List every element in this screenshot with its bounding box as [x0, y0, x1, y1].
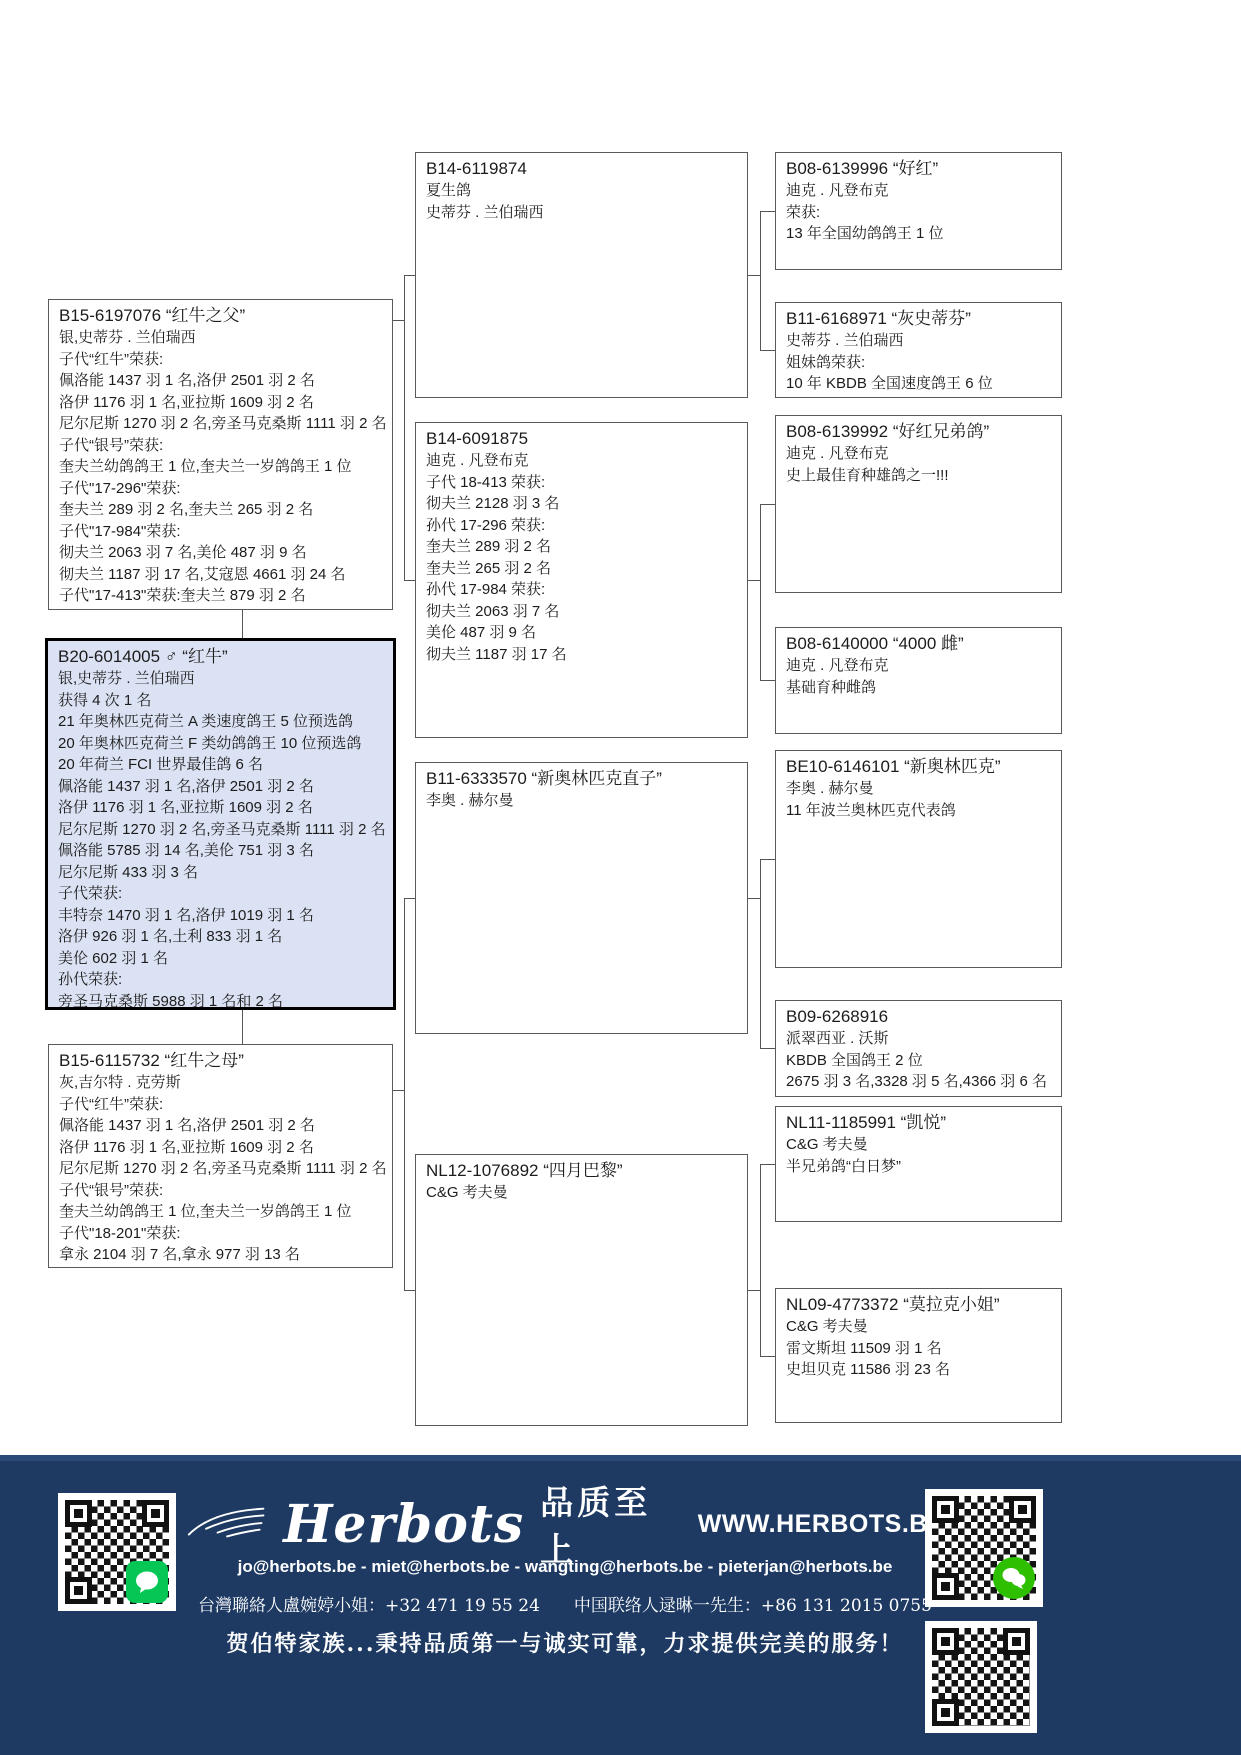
pedigree-line: 荣获: [786, 202, 1052, 224]
pedigree-line: 旁圣马克桑斯 5988 羽 1 名和 2 名 [58, 991, 384, 1011]
connector-line [760, 1164, 761, 1356]
pedigree-line: 基础育种雌鸽 [786, 677, 1052, 699]
pigeon-id-title: B09-6268916 [786, 1006, 1052, 1028]
pedigree-line: 迪克 . 凡登布克 [426, 450, 738, 472]
pedigree-line: 20 年奥林匹克荷兰 F 类幼鸽鸽王 10 位预选鸽 [58, 733, 384, 755]
connector-line [760, 859, 761, 1048]
pedigree-line: 尼尔尼斯 1270 羽 2 名,旁圣马克桑斯 1111 羽 2 名 [59, 1158, 383, 1180]
pigeon-id-title: BE10-6146101 “新奥林匹克” [786, 756, 1052, 778]
qr-code-left [58, 1493, 176, 1611]
pigeon-id-title: B11-6168971 “灰史蒂芬” [786, 308, 1052, 330]
pedigree-line: 子代荣获: [58, 883, 384, 905]
box-great-grandparent-5: BE10-6146101 “新奥林匹克” 李奥 . 赫尔曼11 年波兰奥林匹克代… [775, 750, 1062, 968]
pedigree-line: 拿永 2104 羽 7 名,拿永 977 羽 13 名 [59, 1244, 383, 1266]
pedigree-line: 子代“红牛”荣获: [59, 1094, 383, 1116]
qr-finder-icon [1003, 1628, 1030, 1655]
qr-code-right-top [925, 1489, 1043, 1607]
pedigree-line: 子代"17-413"荣获:奎夫兰 879 羽 2 名 [59, 585, 383, 607]
pedigree-line: 姐妹鸽荣获: [786, 352, 1052, 374]
box-maternal-grandmother: NL12-1076892 “四月巴黎” C&G 考夫曼 [415, 1154, 748, 1426]
connector-line [760, 1356, 775, 1357]
box-great-grandparent-8: NL09-4773372 “莫拉克小姐” C&G 考夫曼雷文斯坦 11509 羽… [775, 1288, 1062, 1423]
pigeon-id-title: B20-6014005 ♂ “红牛” [58, 646, 384, 668]
pedigree-line: 子代"17-984"荣获: [59, 521, 383, 543]
qr-finder-icon [1009, 1496, 1036, 1523]
pedigree-line: 银,史蒂芬 . 兰伯瑞西 [58, 668, 384, 690]
pedigree-line: 孙代 17-296 荣获: [426, 515, 738, 537]
connector-line [760, 859, 775, 860]
connector-line [242, 610, 243, 641]
pedigree-line: C&G 考夫曼 [786, 1134, 1052, 1156]
pigeon-id-title: B14-6119874 [426, 158, 738, 180]
pigeon-id-title: B14-6091875 [426, 428, 738, 450]
wechat-icon [993, 1557, 1035, 1599]
connector-line [760, 1164, 775, 1165]
pedigree-line: 夏生鸽 [426, 180, 738, 202]
pigeon-id-title: B08-6140000 “4000 雌” [786, 633, 1052, 655]
connector-line [404, 898, 405, 1290]
pigeon-details: C&G 考夫曼雷文斯坦 11509 羽 1 名史坦贝克 11586 羽 23 名 [786, 1316, 1052, 1381]
pigeon-details: 银,史蒂芬 . 兰伯瑞西子代“红牛”荣获:佩洛能 1437 羽 1 名,洛伊 2… [59, 327, 383, 607]
box-great-grandparent-2: B11-6168971 “灰史蒂芬” 史蒂芬 . 兰伯瑞西姐妹鸽荣获:10 年 … [775, 302, 1062, 398]
pedigree-line: 丰特奈 1470 羽 1 名,洛伊 1019 羽 1 名 [58, 905, 384, 927]
connector-line [760, 1048, 775, 1049]
pedigree-line: 佩洛能 1437 羽 1 名,洛伊 2501 羽 2 名 [59, 370, 383, 392]
pedigree-line: 子代"18-201"荣获: [59, 1223, 383, 1245]
pigeon-id-title: B08-6139996 “好红” [786, 158, 1052, 180]
connector-line [404, 275, 415, 276]
pigeon-id-title: B15-6197076 “红牛之父” [59, 305, 383, 327]
pigeon-details: 银,史蒂芬 . 兰伯瑞西获得 4 次 1 名21 年奥林匹克荷兰 A 类速度鸽王… [58, 668, 384, 1010]
pedigree-line: 奎夫兰 289 羽 2 名,奎夫兰 265 羽 2 名 [59, 499, 383, 521]
footer-banner: Herbots 品质至上 WWW.HERBOTS.BE jo@herbots.b… [0, 1455, 1241, 1755]
pedigree-line: 奎夫兰幼鸽鸽王 1 位,奎夫兰一岁鸽鸽王 1 位 [59, 1201, 383, 1223]
box-great-grandparent-7: NL11-1185991 “凯悦” C&G 考夫曼半兄弟鸽“白日梦” [775, 1106, 1062, 1222]
connector-line [760, 680, 775, 681]
qr-finder-icon [932, 1699, 959, 1726]
pigeon-details: 史蒂芬 . 兰伯瑞西姐妹鸽荣获:10 年 KBDB 全国速度鸽王 6 位 [786, 330, 1052, 395]
pedigree-line: 子代“银号”荣获: [59, 435, 383, 457]
pedigree-line: 银,史蒂芬 . 兰伯瑞西 [59, 327, 383, 349]
qr-finder-icon [932, 1628, 959, 1655]
qr-finder-icon [65, 1577, 92, 1604]
pedigree-line: 10 年 KBDB 全国速度鸽王 6 位 [786, 373, 1052, 395]
footer-center-block: Herbots 品质至上 WWW.HERBOTS.BE jo@herbots.b… [185, 1461, 945, 1755]
pedigree-line: C&G 考夫曼 [786, 1316, 1052, 1338]
pedigree-line: 2675 羽 3 名,3328 羽 5 名,4366 羽 6 名 [786, 1071, 1052, 1093]
pedigree-line: 美伦 602 羽 1 名 [58, 948, 384, 970]
pedigree-line: 李奥 . 赫尔曼 [786, 778, 1052, 800]
pedigree-line: 彻夫兰 1187 羽 17 名 [426, 644, 738, 666]
connector-line [760, 211, 775, 212]
box-great-grandparent-1: B08-6139996 “好红” 迪克 . 凡登布克荣获:13 年全国幼鸽鸽王 … [775, 152, 1062, 270]
pedigree-line: 子代 18-413 荣获: [426, 472, 738, 494]
pedigree-line: 尼尔尼斯 1270 羽 2 名,旁圣马克桑斯 1111 羽 2 名 [59, 413, 383, 435]
pedigree-line: 迪克 . 凡登布克 [786, 655, 1052, 677]
qr-pattern [932, 1628, 1030, 1726]
pigeon-details: 李奥 . 赫尔曼11 年波兰奥林匹克代表鸽 [786, 778, 1052, 821]
connector-line [404, 1290, 415, 1291]
pedigree-line: 孙代荣获: [58, 969, 384, 991]
box-great-grandparent-4: B08-6140000 “4000 雌” 迪克 . 凡登布克基础育种雌鸽 [775, 627, 1062, 734]
pedigree-line: 李奥 . 赫尔曼 [426, 790, 738, 812]
pedigree-line: 子代"17-296"荣获: [59, 478, 383, 500]
box-paternal-grandmother: B14-6091875 迪克 . 凡登布克子代 18-413 荣获:彻夫兰 21… [415, 422, 748, 738]
pedigree-line: 获得 4 次 1 名 [58, 690, 384, 712]
pedigree-page: B15-6197076 “红牛之父” 银,史蒂芬 . 兰伯瑞西子代“红牛”荣获:… [0, 0, 1241, 1755]
pedigree-line: 奎夫兰 289 羽 2 名 [426, 536, 738, 558]
pedigree-line: 迪克 . 凡登布克 [786, 443, 1052, 465]
wing-flourish-icon [185, 1503, 267, 1545]
pigeon-details: C&G 考夫曼 [426, 1182, 738, 1204]
pedigree-line: 迪克 . 凡登布克 [786, 180, 1052, 202]
connector-line [760, 211, 761, 350]
connector-line [760, 350, 775, 351]
pedigree-line: 史蒂芬 . 兰伯瑞西 [426, 202, 738, 224]
connector-line [393, 1090, 404, 1091]
pedigree-line: 尼尔尼斯 1270 羽 2 名,旁圣马克桑斯 1111 羽 2 名 [58, 819, 384, 841]
qr-finder-icon [932, 1496, 959, 1523]
pedigree-line: 半兄弟鸽“白日梦” [786, 1156, 1052, 1178]
pigeon-details: 灰,吉尔特 . 克劳斯子代“红牛”荣获:佩洛能 1437 羽 1 名,洛伊 25… [59, 1072, 383, 1266]
box-subject: B20-6014005 ♂ “红牛” 银,史蒂芬 . 兰伯瑞西获得 4 次 1 … [45, 638, 396, 1010]
pedigree-line: 洛伊 1176 羽 1 名,亚拉斯 1609 羽 2 名 [58, 797, 384, 819]
pedigree-line: KBDB 全国鸽王 2 位 [786, 1050, 1052, 1072]
pedigree-line: 史坦贝克 11586 羽 23 名 [786, 1359, 1052, 1381]
pigeon-details: 迪克 . 凡登布克子代 18-413 荣获:彻夫兰 2128 羽 3 名孙代 1… [426, 450, 738, 665]
pedigree-line: 派翠西亚 . 沃斯 [786, 1028, 1052, 1050]
box-maternal-grandfather: B11-6333570 “新奥林匹克直子” 李奥 . 赫尔曼 [415, 762, 748, 1034]
pigeon-id-title: NL11-1185991 “凯悦” [786, 1112, 1052, 1134]
pedigree-line: 佩洛能 1437 羽 1 名,洛伊 2501 羽 2 名 [58, 776, 384, 798]
connector-line [748, 580, 760, 581]
brand-logo: Herbots [283, 1494, 524, 1555]
box-father: B15-6197076 “红牛之父” 银,史蒂芬 . 兰伯瑞西子代“红牛”荣获:… [48, 299, 393, 610]
pigeon-details: 派翠西亚 . 沃斯KBDB 全国鸽王 2 位2675 羽 3 名,3328 羽 … [786, 1028, 1052, 1093]
pedigree-line: 奎夫兰 265 羽 2 名 [426, 558, 738, 580]
qr-finder-icon [932, 1573, 959, 1600]
connector-line [760, 504, 761, 680]
pedigree-line: 子代“银号”荣获: [59, 1180, 383, 1202]
qr-finder-icon [142, 1500, 169, 1527]
pigeon-id-title: NL12-1076892 “四月巴黎” [426, 1160, 738, 1182]
pedigree-line: 佩洛能 5785 羽 14 名,美伦 751 羽 3 名 [58, 840, 384, 862]
connector-line [748, 1290, 760, 1291]
pedigree-line: 雷文斯坦 11509 羽 1 名 [786, 1338, 1052, 1360]
pedigree-line: 21 年奥林匹克荷兰 A 类速度鸽王 5 位预选鸽 [58, 711, 384, 733]
connector-line [404, 898, 415, 899]
pedigree-line: 奎夫兰幼鸽鸽王 1 位,奎夫兰一岁鸽鸽王 1 位 [59, 456, 383, 478]
pigeon-id-title: B15-6115732 “红牛之母” [59, 1050, 383, 1072]
pedigree-line: 彻夫兰 2128 羽 3 名 [426, 493, 738, 515]
connector-line [748, 275, 760, 276]
qr-code-right-bottom [925, 1621, 1037, 1733]
box-paternal-grandfather: B14-6119874 夏生鸽史蒂芬 . 兰伯瑞西 [415, 152, 748, 398]
pedigree-line: 孙代 17-984 荣获: [426, 579, 738, 601]
pedigree-line: 洛伊 1176 羽 1 名,亚拉斯 1609 羽 2 名 [59, 392, 383, 414]
pigeon-details: 迪克 . 凡登布克基础育种雌鸽 [786, 655, 1052, 698]
pedigree-line: 史蒂芬 . 兰伯瑞西 [786, 330, 1052, 352]
box-great-grandparent-3: B08-6139992 “好红兄弟鸽” 迪克 . 凡登布克史上最佳育种雄鸽之一!… [775, 415, 1062, 593]
connector-line [404, 580, 415, 581]
pigeon-details: 迪克 . 凡登布克史上最佳育种雄鸽之一!!! [786, 443, 1052, 486]
connector-line [393, 320, 404, 321]
pigeon-details: 迪克 . 凡登布克荣获:13 年全国幼鸽鸽王 1 位 [786, 180, 1052, 245]
contact-phone-line: 台灣聯絡人盧婉婷小姐：+32 471 19 55 24 中国联络人逯晽一先生：+… [185, 1591, 945, 1616]
pedigree-line: 尼尔尼斯 433 羽 3 名 [58, 862, 384, 884]
connector-line [404, 275, 405, 580]
pedigree-line: 洛伊 1176 羽 1 名,亚拉斯 1609 羽 2 名 [59, 1137, 383, 1159]
pedigree-line: 灰,吉尔特 . 克劳斯 [59, 1072, 383, 1094]
pedigree-line: 史上最佳育种雄鸽之一!!! [786, 465, 1052, 487]
pedigree-line: 彻夫兰 1187 羽 17 名,艾寇恩 4661 羽 24 名 [59, 564, 383, 586]
pedigree-line: 11 年波兰奥林匹克代表鸽 [786, 800, 1052, 822]
pigeon-id-title: B11-6333570 “新奥林匹克直子” [426, 768, 738, 790]
footer-slogan: 贺伯特家族...秉持品质第一与诚实可靠，力求提供完美的服务！ [185, 1627, 945, 1658]
pigeon-id-title: B08-6139992 “好红兄弟鸽” [786, 421, 1052, 443]
connector-line [242, 1007, 243, 1044]
pedigree-line: 彻夫兰 2063 羽 7 名,美伦 487 羽 9 名 [59, 542, 383, 564]
pedigree-line: 彻夫兰 2063 羽 7 名 [426, 601, 738, 623]
pedigree-line: 20 年荷兰 FCI 世界最佳鸽 6 名 [58, 754, 384, 776]
pedigree-line: 13 年全国幼鸽鸽王 1 位 [786, 223, 1052, 245]
connector-line [760, 504, 775, 505]
pigeon-id-title: NL09-4773372 “莫拉克小姐” [786, 1294, 1052, 1316]
pedigree-line: 美伦 487 羽 9 名 [426, 622, 738, 644]
pigeon-details: 李奥 . 赫尔曼 [426, 790, 738, 812]
email-addresses: jo@herbots.be - miet@herbots.be - wangti… [185, 1557, 945, 1577]
qr-finder-icon [65, 1500, 92, 1527]
pedigree-line: 佩洛能 1437 羽 1 名,洛伊 2501 羽 2 名 [59, 1115, 383, 1137]
pedigree-line: 子代“红牛”荣获: [59, 349, 383, 371]
pedigree-line: C&G 考夫曼 [426, 1182, 738, 1204]
line-app-icon [126, 1561, 168, 1603]
pigeon-details: 夏生鸽史蒂芬 . 兰伯瑞西 [426, 180, 738, 223]
box-great-grandparent-6: B09-6268916 派翠西亚 . 沃斯KBDB 全国鸽王 2 位2675 羽… [775, 1000, 1062, 1097]
box-mother: B15-6115732 “红牛之母” 灰,吉尔特 . 克劳斯子代“红牛”荣获:佩… [48, 1044, 393, 1268]
connector-line [748, 898, 760, 899]
pedigree-line: 洛伊 926 羽 1 名,土利 833 羽 1 名 [58, 926, 384, 948]
pigeon-details: C&G 考夫曼半兄弟鸽“白日梦” [786, 1134, 1052, 1177]
website-url: WWW.HERBOTS.BE [698, 1510, 945, 1539]
